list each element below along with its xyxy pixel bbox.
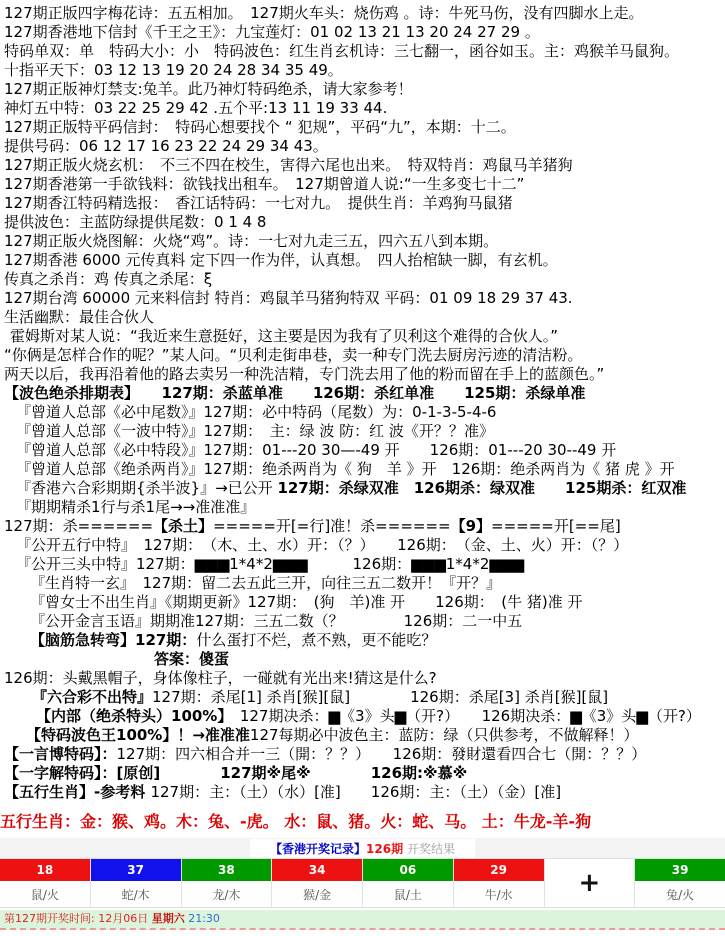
text-line: 【脑筋急转弯】127期：什么蛋打不烂，煮不熟，更不能吃？ (4, 631, 723, 650)
result-ball-zodiac-element: 龙/木 (182, 881, 272, 907)
text-line: 特码单双：单 特码大小：小 特码波色：红生肖玄机诗：三七翻一，函谷如玉。主：鸡猴… (4, 42, 723, 61)
wuxing-zodiac-line: 五行生肖：金：猴、鸡。木：兔、-虎。 水：鼠、猪。火：蛇、马。 土：牛龙-羊-狗 (0, 812, 725, 832)
result-ball: 39兔/火 (635, 859, 725, 907)
text-line: 127期香港地下信封《千王之王》：九宝莲灯：01 02 13 21 13 20 … (4, 23, 723, 42)
text-line: 『六合彩不出特』127期：杀尾[1] 杀肖[猴][鼠] 126期：杀尾[3] 杀… (4, 688, 723, 707)
page: 127期正版四字梅花诗：五五相加。 127期火车头：烧伤鸡 。诗：牛死马伤，没有… (0, 0, 725, 936)
result-ball: 34猴/金 (272, 859, 363, 907)
result-ball-zodiac-element: 兔/火 (635, 881, 725, 907)
result-ball-number: 18 (0, 859, 90, 881)
text-line: 『期期精杀1行与杀1尾→→准准准』 (4, 498, 723, 517)
text-line: 『曾道人总部《必中特段》』127期：01---20 30—-49 开 126期：… (4, 441, 723, 460)
text-line: 127期香港 6000 元传真料 定下四一作为伴，认真想。 四人抬棺缺一脚，有玄… (4, 251, 723, 270)
text-line: 127期香港第一手欲钱料：欲钱找出租车。 127期曾道人说:“一生多变七十二” (4, 175, 723, 194)
text-line: 提供号码：06 12 17 16 23 22 24 29 34 43。 (4, 137, 723, 156)
text-line: 【波色绝杀排期表】 127期：杀蓝单准 126期：杀红单准 125期：杀绿单准 (4, 384, 723, 403)
text-line: “你俩是怎样合作的呢？”某人问。“贝利走街串巷，卖一种专门洗去厨房污迹的清洁粉。 (4, 346, 723, 365)
text-line: 127期正版特平码信封： 特码心想要找个 “ 犯规”，平码“九”，本期：十二。 (4, 118, 723, 137)
record-title[interactable]: 【香港开奖记录】 (270, 842, 366, 856)
text-line: 127期正版火烧玄机： 不三不四在校生，害得六尾也出来。 特双特肖：鸡鼠马羊猪狗 (4, 156, 723, 175)
result-ball-number: 37 (91, 859, 181, 881)
result-ball-zodiac-element: 蛇/木 (91, 881, 181, 907)
result-ball-zodiac-element: 牛/水 (454, 881, 544, 907)
result-ball-zodiac-element: 鼠/火 (0, 881, 90, 907)
record-header: 【香港开奖记录】126期 开奖结果 (0, 838, 725, 858)
record-issue: 126期 (366, 842, 403, 856)
next-draw-weekday: 星期六 (152, 912, 185, 925)
text-line: 生活幽默：最佳合伙人 (4, 308, 723, 327)
text-line: 答案：傻蛋 (4, 650, 723, 669)
next-draw-time: 21:30 (188, 912, 220, 925)
text-line: 传真之杀肖：鸡 传真之杀尾：ξ (4, 270, 723, 289)
result-ball-number: 38 (182, 859, 272, 881)
result-ball-number: 34 (272, 859, 362, 881)
text-line: 【特码波色王100%】！→准准准127每期必中波色主：蓝防：绿（只供参考，不做解… (4, 726, 723, 745)
result-ball-number: 06 (363, 859, 453, 881)
record-suffix: 开奖结果 (407, 842, 455, 856)
text-line: 两天以后，我再沿着他的路去卖另一种洗洁精，专门洗去用了他的粉而留在手上的蓝颜色。… (4, 365, 723, 384)
text-line: 『曾道人总部《必中尾数》』127期：必中特码（尾数）为：0-1-3-5-4-6 (4, 403, 723, 422)
text-line: 十指平天下：03 12 13 19 20 24 28 34 35 49。 (4, 61, 723, 80)
text-line: 霍姆斯对某人说：“我近来生意挺好，这主要是因为我有了贝利这个难得的合伙人。” (4, 327, 723, 346)
text-line: 『生肖特一玄』 127期：留二去五此三开，向往三五二数开！『开？』 (4, 574, 723, 593)
result-ball-zodiac-element: 鼠/土 (363, 881, 453, 907)
result-ball: 38龙/木 (182, 859, 273, 907)
next-draw-label: 第127期开奖时间: (4, 912, 95, 925)
text-line: 【一言博特码】：127期：四六相合并一三（開：？？） 126期：發財還看四合七（… (4, 745, 723, 764)
result-ball: 18鼠/火 (0, 859, 91, 907)
text-line: 127期正版火烧图解：火烧“鸡”。诗：一七对九走三五，四六五八到本期。 (4, 232, 723, 251)
plus-separator-icon: + (545, 859, 636, 907)
text-line: 『公开金言玉语』期期准127期：三五二数（？ 126期：二一中五 (4, 612, 723, 631)
text-line: 神灯五中特：03 22 25 29 42 .五个平:13 11 19 33 44… (4, 99, 723, 118)
text-line: 『香港六合彩期期{杀半波}』→已公开 127期：杀绿双准 126期杀：绿双准 1… (4, 479, 723, 498)
text-line: 127期正版神灯禁支:兔羊。此乃神灯特码绝杀，请大家参考！ (4, 80, 723, 99)
results-row: 18鼠/火37蛇/木38龙/木34猴/金06鼠/土29牛/水+39兔/火 (0, 858, 725, 908)
text-line: 【五行生肖】-参考料 127期：主：（土）（水）[准] 126期：主：（土）（金… (4, 783, 723, 802)
text-line: 『曾道人总部《绝杀两肖》』127期：绝杀两肖为《 狗 羊 》开 126期：绝杀两… (4, 460, 723, 479)
result-ball: 29牛/水 (454, 859, 545, 907)
text-area: 127期正版四字梅花诗：五五相加。 127期火车头：烧伤鸡 。诗：牛死马伤，没有… (0, 0, 725, 802)
text-line: 126期：头戴黑帽子，身体像柱子，一碰就有光出来!猜这是什么? (4, 669, 723, 688)
result-ball: 06鼠/土 (363, 859, 454, 907)
next-draw-bar: 第127期开奖时间: 12月06日 星期六 21:30 (0, 910, 725, 930)
next-draw-date: 12月06日 (98, 912, 148, 925)
record-header-box: 【香港开奖记录】126期 开奖结果 (250, 839, 475, 858)
text-line: 『公开三头中特』127期：▆▆▆1*4*2▆▆▆ 126期：▆▆▆1*4*2▆▆… (4, 555, 723, 574)
text-line: 『曾道人总部《一波中特》』127期： 主：绿 波 防：红 波《开？？准》 (4, 422, 723, 441)
text-line: 【内部（绝杀特头）100%】 127期决杀：▆《3》头▆（开?） 126期决杀：… (4, 707, 723, 726)
result-ball: 37蛇/木 (91, 859, 182, 907)
result-ball-zodiac-element: 猴/金 (272, 881, 362, 907)
result-ball-number: 29 (454, 859, 544, 881)
text-line: 127期香江特码精选报： 香江话特码：一七对九。 提供生肖：羊鸡狗马鼠猪 (4, 194, 723, 213)
text-line: 【一字解特码】：[原创] 127期※尾※ 126期:※慕※ (4, 764, 723, 783)
text-line: 『曾女士不出生肖』《期期更新》127期： (狗 羊)准 开 126期： (牛 猪… (4, 593, 723, 612)
result-ball-number: 39 (635, 859, 725, 881)
text-line: 提供波色：主蓝防绿提供尾数：0 1 4 8 (4, 213, 723, 232)
text-line: 127期：杀======【杀土】=====开[=行]准！杀======【9】==… (4, 517, 723, 536)
text-line: 127期正版四字梅花诗：五五相加。 127期火车头：烧伤鸡 。诗：牛死马伤，没有… (4, 4, 723, 23)
text-line: 127期台湾 60000 元来料信封 特肖：鸡鼠羊马猪狗特双 平码：01 09 … (4, 289, 723, 308)
text-line: 『公开五行中特』 127期： （木、土、水）开：（？） 126期： （金、土、火… (4, 536, 723, 555)
